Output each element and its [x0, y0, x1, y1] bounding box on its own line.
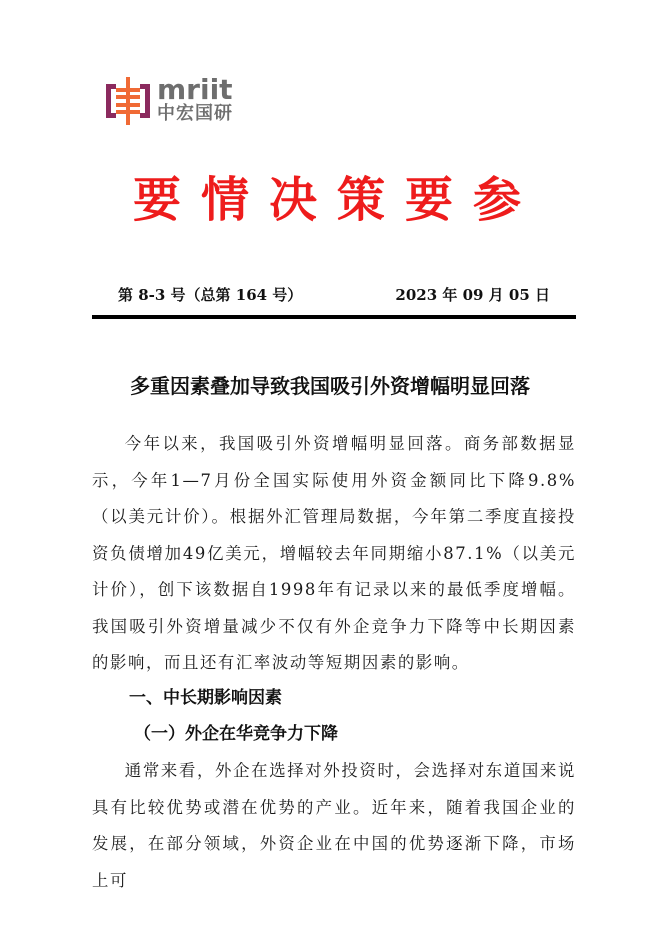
- subsection-paragraph: 通常来看，外企在选择对外投资时，会选择对东道国来说具有比较优势或潜在优势的产业。…: [92, 753, 576, 899]
- mriit-logo-icon: [104, 76, 152, 126]
- subsection-text: 通常来看，外企在选择对外投资时，会选择对东道国来说具有比较优势或潜在优势的产业。…: [92, 753, 576, 899]
- subsection-heading: （一）外企在华竞争力下降: [134, 719, 338, 749]
- intro-text: 今年以来，我国吸引外资增幅明显回落。商务部数据显示，今年1—7月份全国实际使用外…: [92, 426, 576, 682]
- issue-date: 2023 年 09 月 05 日: [395, 284, 550, 308]
- issue-info-row: 第 8-3 号（总第 164 号） 2023 年 09 月 05 日: [118, 284, 550, 308]
- section-heading: 一、中长期影响因素: [129, 683, 282, 713]
- article-title: 多重因素叠加导致我国吸引外资增幅明显回落: [0, 371, 660, 401]
- masthead-title: 要情决策要参: [0, 168, 660, 232]
- header-divider: [92, 315, 576, 319]
- logo-text-en: mriit: [157, 77, 233, 103]
- logo: mriit 中宏国研: [104, 74, 233, 128]
- issue-number: 第 8-3 号（总第 164 号）: [118, 284, 302, 308]
- logo-text-cn: 中宏国研: [157, 103, 233, 125]
- intro-paragraph: 今年以来，我国吸引外资增幅明显回落。商务部数据显示，今年1—7月份全国实际使用外…: [92, 426, 576, 682]
